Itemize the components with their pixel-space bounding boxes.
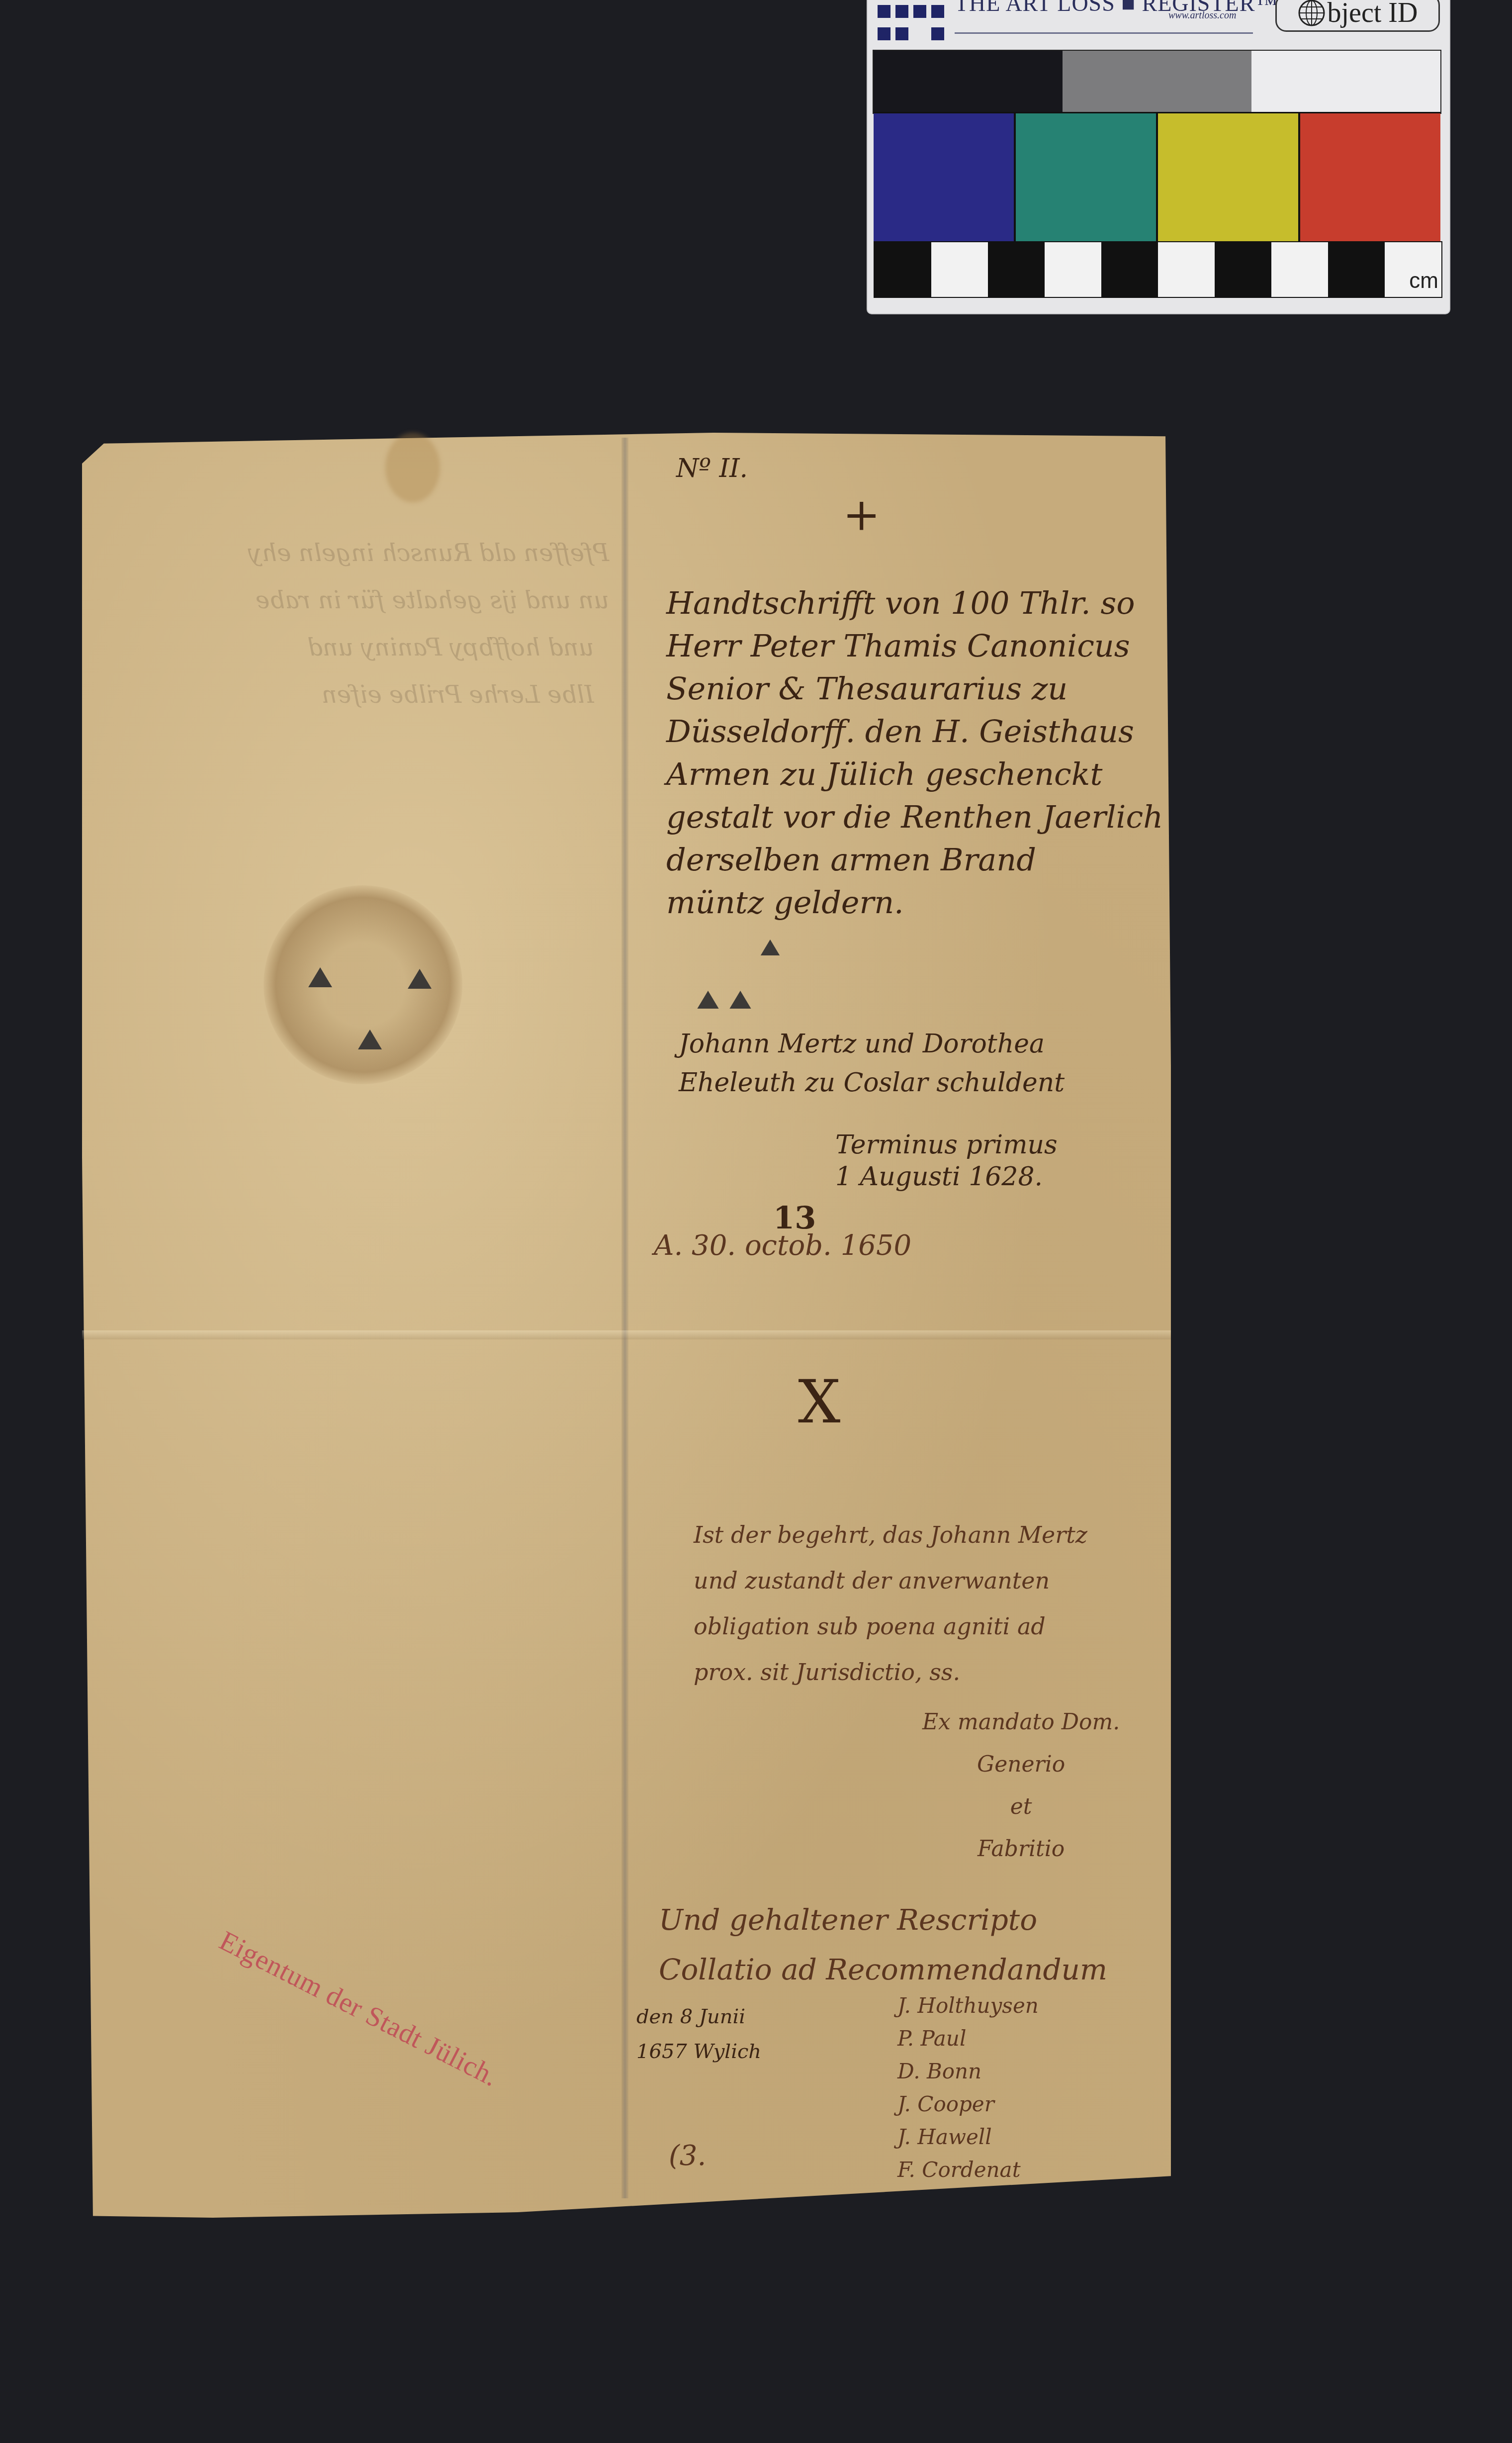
object-id-badge: bject ID bbox=[1275, 0, 1440, 32]
color-patches bbox=[874, 112, 1440, 243]
x-mark: X bbox=[798, 1368, 840, 1437]
cross-mark: + bbox=[843, 487, 880, 544]
date-note: A. 30. octob. 1650 bbox=[654, 1228, 911, 1263]
terminus-note: Terminus primus 1 Augusti 1628. bbox=[835, 1129, 1058, 1193]
unit-label: cm bbox=[1409, 269, 1438, 293]
resolution-paragraph: Ist der begehrt, das Johann Mertz und zu… bbox=[694, 1512, 1087, 1695]
blue-patch bbox=[874, 113, 1014, 242]
grey-patch bbox=[1063, 51, 1251, 113]
triangle-mark-icon bbox=[697, 991, 718, 1009]
grey-scale-patches bbox=[873, 50, 1441, 114]
mandate-signature: Ex mandato Dom. Generio et Fabritio bbox=[922, 1701, 1120, 1870]
red-patch bbox=[1300, 113, 1440, 242]
horizontal-fold bbox=[82, 1330, 1171, 1339]
signatures-list: J. Holthuysen P. Paul D. Bonn J. Cooper … bbox=[897, 1989, 1039, 2186]
round-stain bbox=[264, 885, 462, 1084]
card-divider bbox=[955, 32, 1253, 34]
triangle-mark-icon bbox=[729, 991, 751, 1009]
water-stain bbox=[385, 433, 440, 502]
triangle-mark-icon bbox=[761, 940, 780, 955]
page-number: (3. bbox=[669, 2139, 706, 2173]
bleed-through-text: Pfeffen ald Runsch ingeln ehy un und ijs… bbox=[162, 530, 609, 719]
triangle-mark-icon bbox=[308, 967, 332, 987]
teal-patch bbox=[1016, 113, 1156, 242]
triangle-mark-icon bbox=[358, 1030, 382, 1049]
cm-scale-bar bbox=[874, 241, 1442, 298]
yellow-patch bbox=[1158, 113, 1298, 242]
closing-entry: Und gehaltener Rescripto Collatio ad Rec… bbox=[659, 1895, 1107, 1994]
triangle-mark-icon bbox=[408, 969, 432, 989]
color-reference-card: THE ART LOSS ■ REGISTER™ www.artloss.com… bbox=[868, 0, 1449, 313]
closing-date: den 8 Junii 1657 Wylich bbox=[636, 1999, 761, 2069]
white-patch bbox=[1251, 51, 1440, 113]
debtor-entry: Johann Mertz und Dorothea Eheleuth zu Co… bbox=[679, 1025, 1065, 1102]
number-mark: Nº II. bbox=[676, 453, 748, 485]
black-patch bbox=[874, 51, 1063, 113]
main-entry-text: Handtschrifft von 100 Thlr. so Herr Pete… bbox=[666, 582, 1163, 924]
card-url: www.artloss.com bbox=[1168, 10, 1236, 21]
historical-document: Pfeffen ald Runsch ingeln ehy un und ijs… bbox=[82, 433, 1171, 2243]
globe-icon bbox=[1298, 0, 1326, 27]
object-id-label: bject ID bbox=[1328, 0, 1418, 29]
vertical-fold bbox=[622, 438, 628, 2198]
